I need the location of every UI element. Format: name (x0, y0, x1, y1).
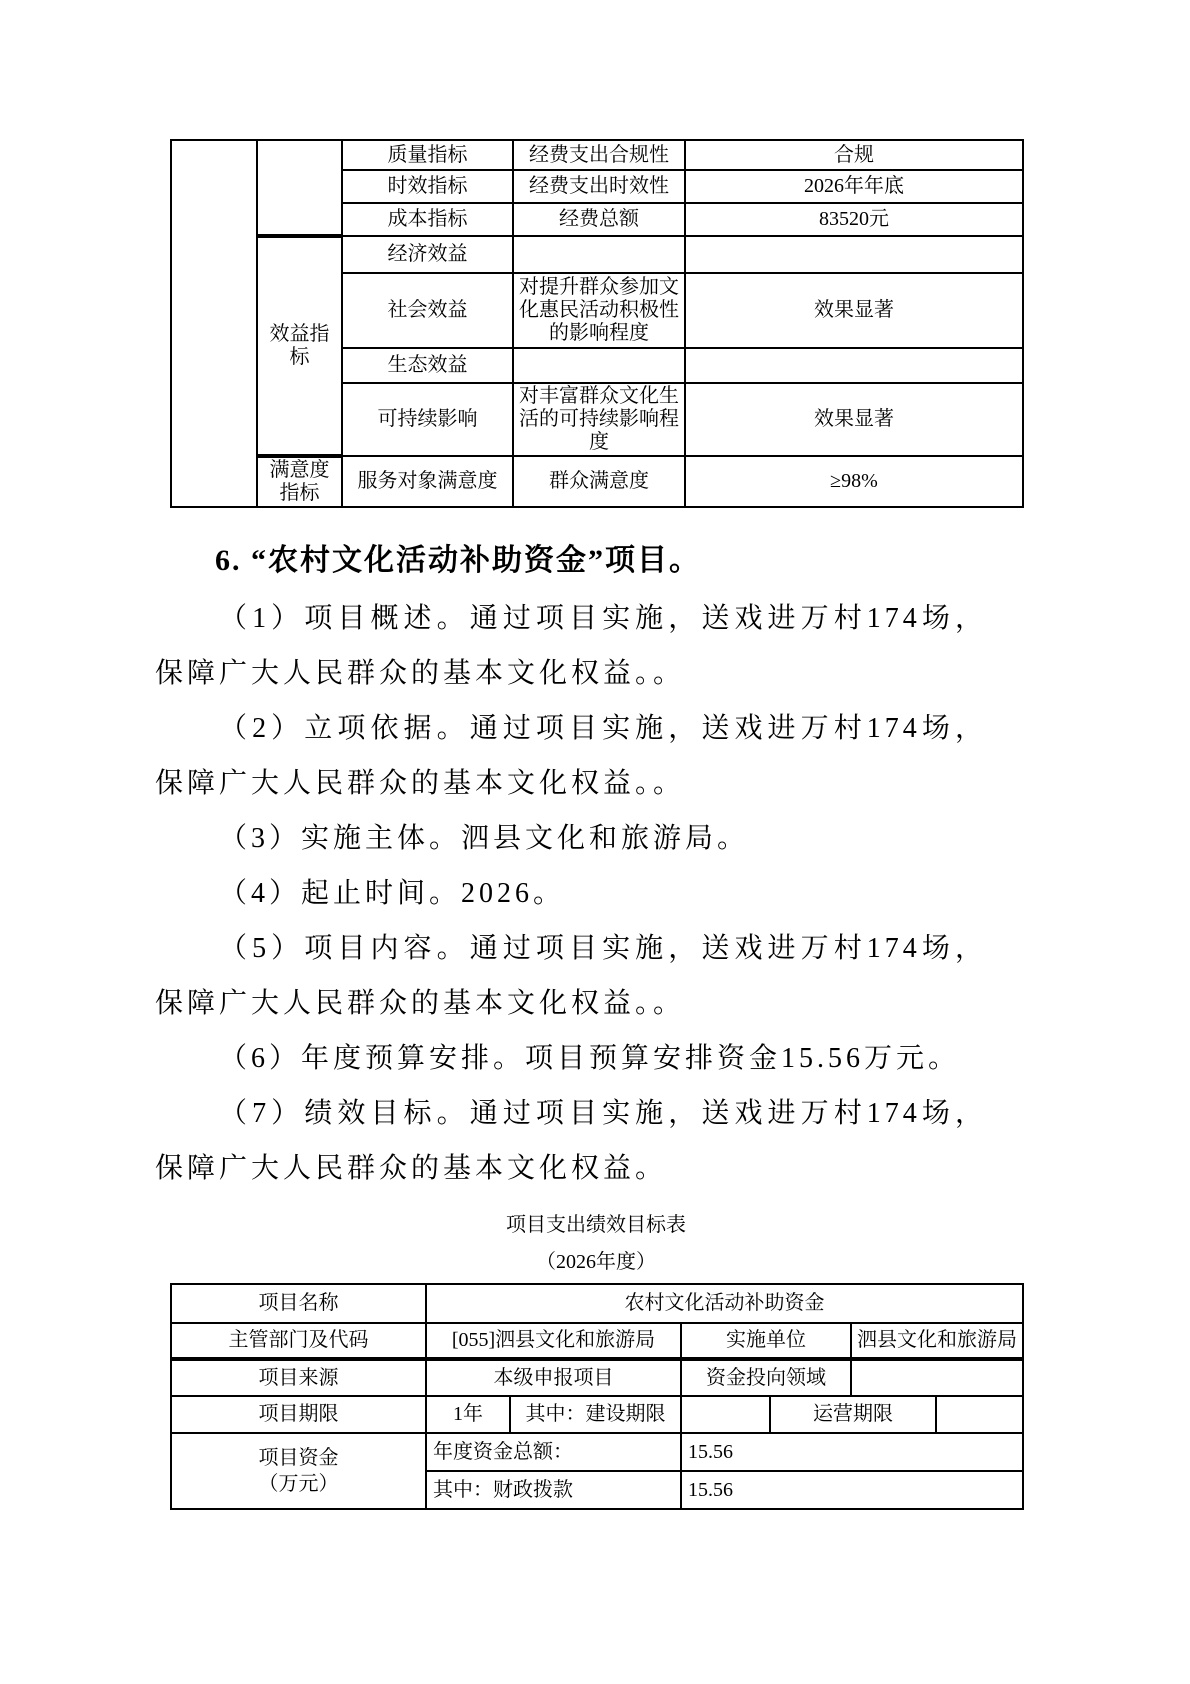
indicator-value-cell: 2026年年底 (685, 170, 1023, 203)
construction-label-cell: 其中：建设期限 (510, 1396, 681, 1433)
indicator-group-empty-cell (257, 140, 342, 236)
dept-label-cell: 主管部门及代码 (171, 1323, 426, 1359)
indicator-type-cell: 服务对象满意度 (342, 456, 513, 507)
project-name-cell: 农村文化活动补助资金 (426, 1284, 1023, 1323)
indicator-name-cell: 对丰富群众文化生活的可持续影响程度 (513, 383, 685, 456)
section-heading: 6. “农村文化活动补助资金”项目。 (155, 535, 987, 587)
project-name-label-cell: 项目名称 (171, 1284, 426, 1323)
fund-row-label-cell: 年度资金总额： (426, 1433, 681, 1471)
indicator-name-cell: 经费支出合规性 (513, 140, 685, 170)
section-content: 6. “农村文化活动补助资金”项目。 （1）项目概述。通过项目实施，送戏进万村1… (155, 535, 987, 1196)
indicator-table: 质量指标 经费支出合规性 合规 时效指标 经费支出时效性 2026年年底 成本指… (170, 139, 1024, 508)
table-stub-cell (171, 140, 257, 507)
indicator-value-cell: 效果显著 (685, 383, 1023, 456)
indicator-group-satisfaction-cell: 满意度指标 (257, 456, 342, 507)
operation-cell (936, 1396, 1023, 1433)
paragraph: （5）项目内容。通过项目实施，送戏进万村174场，保障广大人民群众的基本文化权益… (155, 921, 987, 1031)
indicator-name-cell (513, 236, 685, 273)
fund-row-value-cell: 15.56 (681, 1433, 1023, 1471)
indicator-name-cell: 经费支出时效性 (513, 170, 685, 203)
paragraph: （7）绩效目标。通过项目实施，送戏进万村174场，保障广大人民群众的基本文化权益… (155, 1086, 987, 1196)
operation-label-cell: 运营期限 (770, 1396, 936, 1433)
fund-row-label-cell: 其中：财政拨款 (426, 1471, 681, 1509)
indicator-type-cell: 时效指标 (342, 170, 513, 203)
dept-cell: [055]泗县文化和旅游局 (426, 1323, 681, 1359)
fund-label-cell: 项目资金（万元） (171, 1433, 426, 1509)
indicator-type-cell: 可持续影响 (342, 383, 513, 456)
indicator-group-benefit-cell: 效益指标 (257, 236, 342, 456)
indicator-value-cell: 合规 (685, 140, 1023, 170)
indicator-name-cell: 经费总额 (513, 203, 685, 236)
paragraph: （2）立项依据。通过项目实施，送戏进万村174场，保障广大人民群众的基本文化权益… (155, 701, 987, 811)
source-cell: 本级申报项目 (426, 1359, 681, 1396)
period-label-cell: 项目期限 (171, 1396, 426, 1433)
paragraph: （1）项目概述。通过项目实施，送戏进万村174场，保障广大人民群众的基本文化权益… (155, 591, 987, 701)
indicator-value-cell (685, 236, 1023, 273)
indicator-type-cell: 经济效益 (342, 236, 513, 273)
paragraph: （6）年度预算安排。项目预算安排资金15.56万元。 (155, 1031, 987, 1086)
goal-table: 项目名称 农村文化活动补助资金 主管部门及代码 [055]泗县文化和旅游局 实施… (170, 1283, 1024, 1510)
indicator-name-cell: 对提升群众参加文化惠民活动积极性的影响程度 (513, 273, 685, 348)
indicator-value-cell: 83520元 (685, 203, 1023, 236)
period-cell: 1年 (426, 1396, 510, 1433)
indicator-value-cell: ≥98% (685, 456, 1023, 507)
construction-cell (681, 1396, 770, 1433)
invest-label-cell: 资金投向领域 (681, 1359, 851, 1396)
fund-row-value-cell: 15.56 (681, 1471, 1023, 1509)
indicator-value-cell: 效果显著 (685, 273, 1023, 348)
invest-cell (851, 1359, 1023, 1396)
indicator-type-cell: 生态效益 (342, 348, 513, 383)
goal-table-subtitle: （2026年度） (170, 1249, 1022, 1275)
indicator-type-cell: 成本指标 (342, 203, 513, 236)
paragraph: （4）起止时间。2026。 (155, 866, 987, 921)
indicator-value-cell (685, 348, 1023, 383)
document-page: 质量指标 经费支出合规性 合规 时效指标 经费支出时效性 2026年年底 成本指… (0, 0, 1190, 1684)
impl-label-cell: 实施单位 (681, 1323, 851, 1359)
paragraph: （3）实施主体。泗县文化和旅游局。 (155, 811, 987, 866)
indicator-type-cell: 质量指标 (342, 140, 513, 170)
indicator-name-cell: 群众满意度 (513, 456, 685, 507)
indicator-type-cell: 社会效益 (342, 273, 513, 348)
source-label-cell: 项目来源 (171, 1359, 426, 1396)
indicator-name-cell (513, 348, 685, 383)
fund-label-text: 项目资金（万元） (253, 1445, 345, 1497)
impl-cell: 泗县文化和旅游局 (851, 1323, 1023, 1359)
goal-table-title: 项目支出绩效目标表 (170, 1212, 1022, 1238)
